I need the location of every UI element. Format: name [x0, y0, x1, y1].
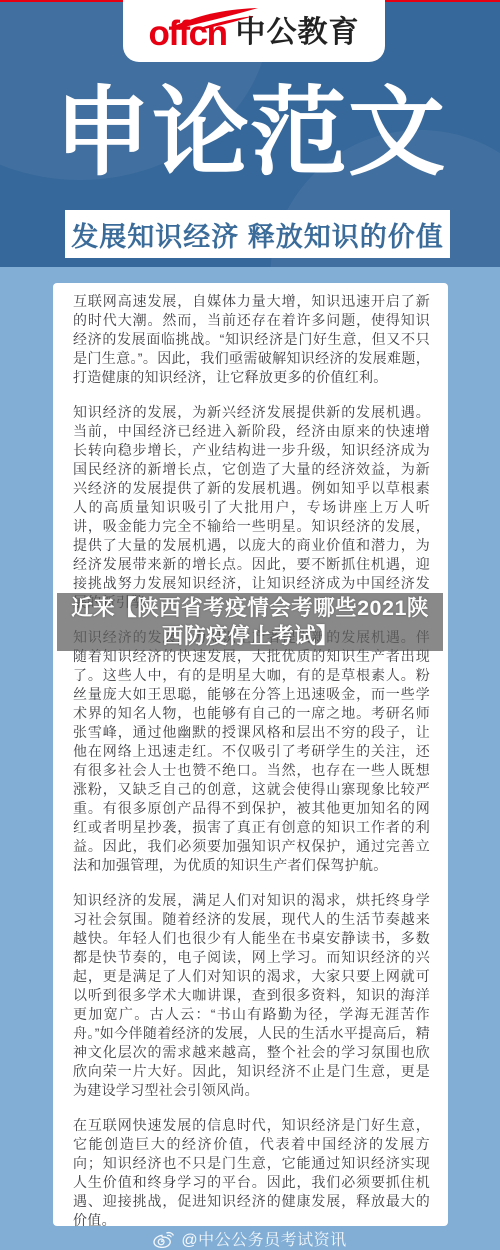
poster: offcn 中公教育 申论范文 发展知识经济 释放知识的价值 互联网高速发展，自…: [0, 0, 500, 1250]
overlay-title-line: 西防疫停止考试】: [162, 622, 338, 650]
overlay-title-line: 近来【陕西省考疫情会考哪些2021陕: [71, 594, 429, 622]
article-paragraph: 互联网高速发展，自媒体力量大增，知识迅速开启了新的时代大潮。然而，当前还存在着许…: [73, 292, 430, 387]
article-paragraph: 知识经济的发展，为新兴经济发展提供新的发展机遇。当前，中国经济已经进入新阶段，经…: [73, 403, 430, 612]
subtitle-banner-text: 发展知识经济 释放知识的价值: [71, 215, 444, 254]
article-paragraph: 知识经济的发展，为知识生产者提供新的发展机遇。伴随着知识经济的快速发展，大批优质…: [73, 628, 430, 875]
overlay-title-band: 近来【陕西省考疫情会考哪些2021陕 西防疫停止考试】: [57, 593, 443, 651]
article-paragraph: 在互联网快速发展的信息时代，知识经济是门好生意，它能创造巨大的经济价值，代表着中…: [73, 1116, 430, 1230]
page-title: 申论范文: [0, 80, 500, 186]
subtitle-banner: 发展知识经济 释放知识的价值: [65, 210, 450, 258]
offcn-wordmark: offcn: [148, 5, 226, 57]
article-paragraph: 知识经济的发展，满足人们对知识的渴求，烘托终身学习社会氛围。随着经济的发展，现代…: [73, 891, 430, 1100]
footer-credit: @中公公务员考试资讯: [0, 1227, 500, 1250]
article-card: 互联网高速发展，自媒体力量大增，知识迅速开启了新的时代大潮。然而，当前还存在着许…: [53, 283, 448, 1226]
footer-credit-text: @中公公务员考试资讯: [181, 1227, 346, 1250]
weibo-icon: [153, 1230, 175, 1248]
offcn-swoosh-icon: [170, 7, 262, 29]
offcn-logo: offcn 中公教育: [123, 0, 385, 62]
header: offcn 中公教育 申论范文 发展知识经济 释放知识的价值: [0, 0, 500, 267]
